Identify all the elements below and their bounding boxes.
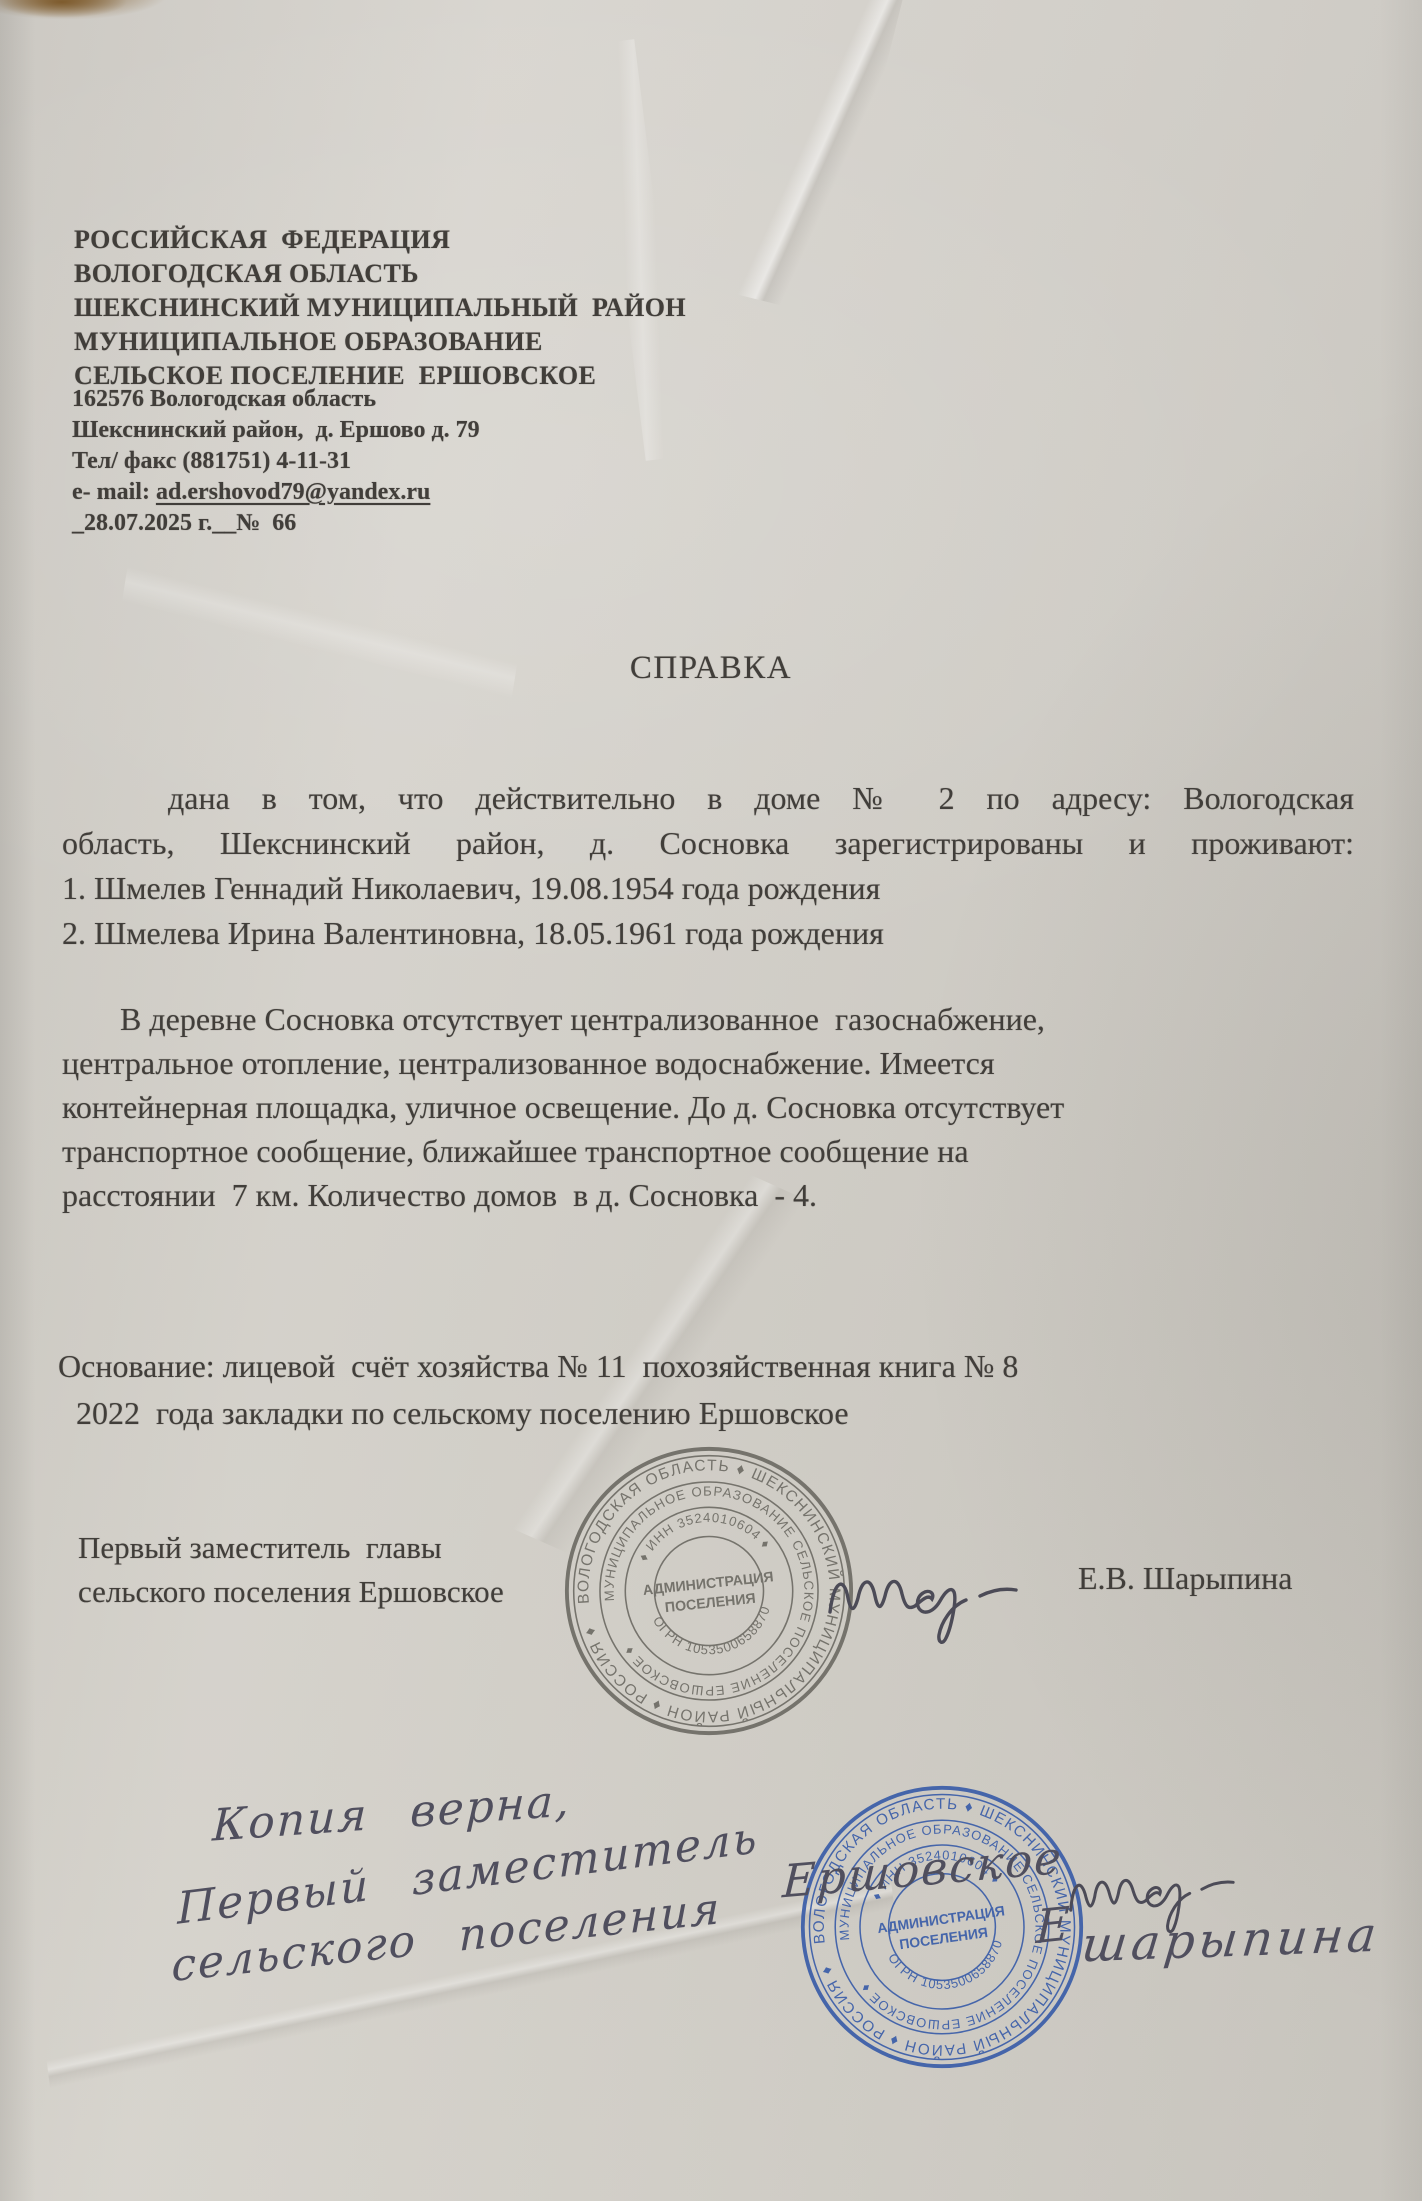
signatory-name: Е.В. Шарыпина: [1078, 1560, 1292, 1597]
para2-line: расстоянии 7 км. Количество домов в д. С…: [62, 1173, 1312, 1217]
letterhead: РОССИЙСКАЯ ФЕДЕРАЦИЯ ВОЛОГОДСКАЯ ОБЛАСТЬ…: [74, 223, 686, 393]
body-paragraph-1: дана в том, что действительно в доме № 2…: [62, 776, 1354, 956]
email-address: ad.ershovod79@yandex.ru: [156, 479, 430, 505]
org-line: РОССИЙСКАЯ ФЕДЕРАЦИЯ: [74, 223, 686, 257]
paper-crease: [736, 0, 903, 316]
address-line: 162576 Вологодская область: [72, 384, 480, 415]
signatory-post: Первый заместитель главы сельского посел…: [78, 1526, 504, 1614]
para2-line: контейнерная площадка, уличное освещение…: [62, 1085, 1312, 1129]
org-line: МУНИЦИПАЛЬНОЕ ОБРАЗОВАНИЕ: [74, 325, 686, 359]
resident-line: 2. Шмелева Ирина Валентиновна, 18.05.196…: [62, 911, 1354, 956]
email-line: e- mail: ad.ershovod79@yandex.ru: [72, 477, 480, 508]
signatory-post-line: сельского поселения Ершовское: [78, 1570, 504, 1614]
handwriting-line: Копия верна,: [212, 1775, 572, 1851]
para2-line: В деревне Сосновка отсутствует централиз…: [62, 997, 1312, 1041]
basis-section: Основание: лицевой счёт хозяйства № 11 п…: [58, 1343, 1358, 1437]
basis-line: 2022 года закладки по сельскому поселени…: [58, 1390, 1358, 1437]
para2-line: центральное отопление, централизованное …: [62, 1041, 1312, 1085]
handwritten-signature: [818, 1538, 1038, 1648]
basis-line: Основание: лицевой счёт хозяйства № 11 п…: [58, 1343, 1358, 1390]
signatory-post-line: Первый заместитель главы: [78, 1526, 504, 1570]
resident-line: 1. Шмелев Геннадий Николаевич, 19.08.195…: [62, 866, 1354, 911]
para2-line: транспортное сообщение, ближайшее трансп…: [62, 1129, 1312, 1173]
org-line: ВОЛОГОДСКАЯ ОБЛАСТЬ: [74, 257, 686, 291]
email-label: e- mail:: [72, 479, 156, 505]
para1-line: дана в том, что действительно в доме № 2…: [62, 776, 1354, 821]
para1-line: область, Шекснинский район, д. Сосновка …: [62, 821, 1354, 866]
phone-line: Тел/ факс (881751) 4-11-31: [72, 446, 480, 477]
body-paragraph-2: В деревне Сосновка отсутствует централиз…: [62, 997, 1312, 1217]
letterhead-contacts: 162576 Вологодская область Шекснинский р…: [72, 384, 480, 539]
org-line: ШЕКСНИНСКИЙ МУНИЦИПАЛЬНЫЙ РАЙОН: [74, 291, 686, 325]
date-number-line: _28.07.2025 г.__№ 66: [72, 508, 480, 539]
scanned-certificate-page: РОССИЙСКАЯ ФЕДЕРАЦИЯ ВОЛОГОДСКАЯ ОБЛАСТЬ…: [0, 0, 1422, 2201]
address-line: Шекснинский район, д. Ершово д. 79: [72, 415, 480, 446]
handwritten-signature: [1057, 1836, 1255, 1943]
document-title: СПРАВКА: [0, 650, 1422, 687]
paper-stain: [0, 0, 190, 30]
